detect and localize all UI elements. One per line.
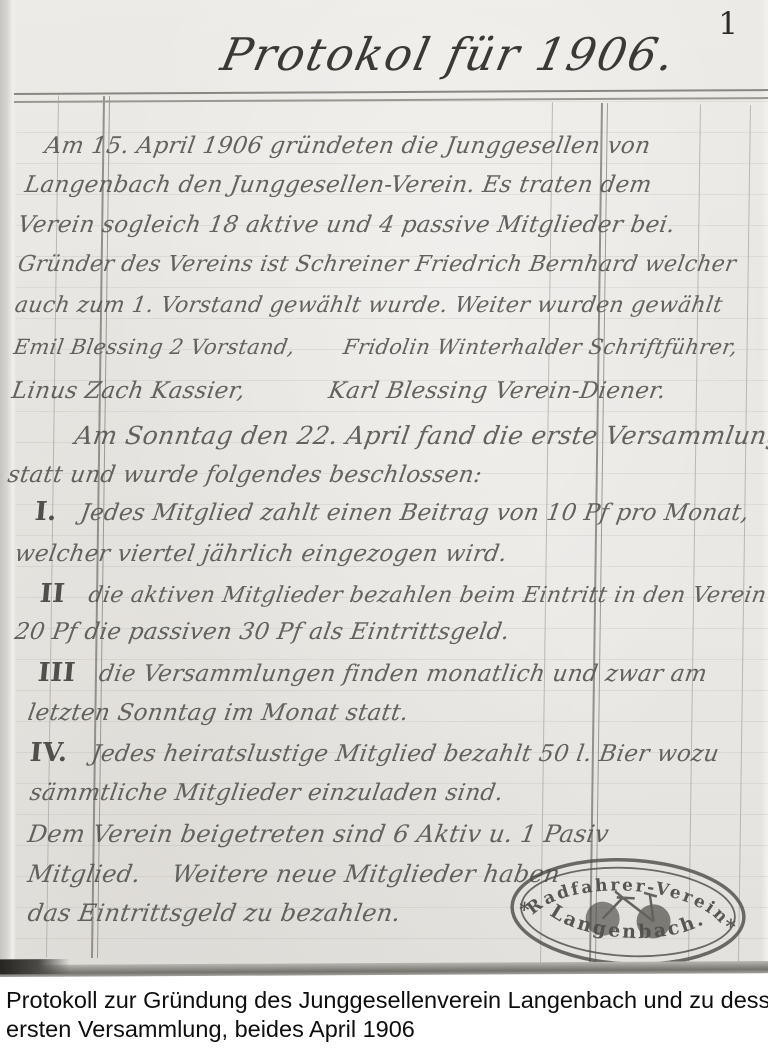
handwritten-line: Dem Verein beigetreten sind 6 Aktiv u. 1… [26,820,611,848]
handwritten-line: IIdie aktiven Mitglieder bezahlen beim E… [38,579,768,609]
scanned-ledger-page: 1 Protokol für 1906. Am 15. April 1906 g… [0,0,768,974]
handwritten-line: sämmtliche Mitglieder einzuladen sind. [28,780,505,806]
handwritten-line: letzten Sonntag im Monat statt. [26,700,410,726]
roman-numeral: IV. [29,738,69,768]
handwritten-line: Emil Blessing 2 Vorstand, Fridolin Winte… [12,335,739,359]
handwritten-line: welcher viertel jährlich eingezogen wird… [13,541,509,567]
page-bottom-edge [0,961,768,977]
roman-numeral: II [39,579,67,609]
handwritten-line: statt und wurde folgendes beschlossen: [6,462,484,488]
page-number: 1 [718,6,738,42]
club-stamp: Radfahrer-Verein Langenbach. * * [503,850,753,975]
roman-numeral: III [37,658,77,688]
svg-text:Langenbach.: Langenbach. [545,900,709,947]
handwritten-line: Linus Zach Kassier, Karl Blessing Verein… [10,378,668,404]
handwritten-line: das Eintrittsgeld zu bezahlen. [26,899,403,927]
handwritten-line: auch zum 1. Vorstand gewählt wurde. Weit… [13,293,724,318]
caption-line1: Protokoll zur Gründung des Junggesellenv… [6,986,768,1015]
roman-numeral: I. [34,497,58,527]
page-bottom-corner-shadow [0,959,70,974]
star-icon: * [518,897,530,922]
handwritten-line: Verein sogleich 18 aktive und 4 passive … [16,212,677,238]
handwritten-line: Mitglied. Weitere neue Mitglieder haben [26,860,562,888]
screenshot-root: 1 Protokol für 1906. Am 15. April 1906 g… [0,0,768,1060]
handwritten-title: Protokol für 1906. [216,28,681,81]
handwritten-line: IV.Jedes heiratslustige Mitglied bezahlt… [28,738,722,768]
handwritten-line: I.Jedes Mitglied zahlt einen Beitrag von… [33,497,752,527]
handwritten-line: Langenbach den Junggesellen-Verein. Es t… [23,172,654,198]
caption: Protokoll zur Gründung des Junggesellenv… [6,986,768,1044]
handwritten-line: IIIdie Versammlungen finden monatlich un… [36,658,710,688]
handwritten-line: 20 Pf die passiven 30 Pf als Eintrittsge… [13,619,512,645]
handwritten-line: Am 15. April 1906 gründeten die Junggese… [43,133,652,159]
ruled-line-vertical [688,104,701,966]
star-icon: * [725,914,737,939]
caption-line2: ersten Versammlung, beides April 1906 [6,1015,768,1044]
handwritten-line: Gründer des Vereins ist Schreiner Friedr… [16,252,738,277]
stamp-arc-bottom-text: Langenbach. [545,900,709,947]
handwritten-line: Am Sonntag den 22. April fand die erste … [73,421,768,450]
ruled-line-vertical [738,105,751,967]
